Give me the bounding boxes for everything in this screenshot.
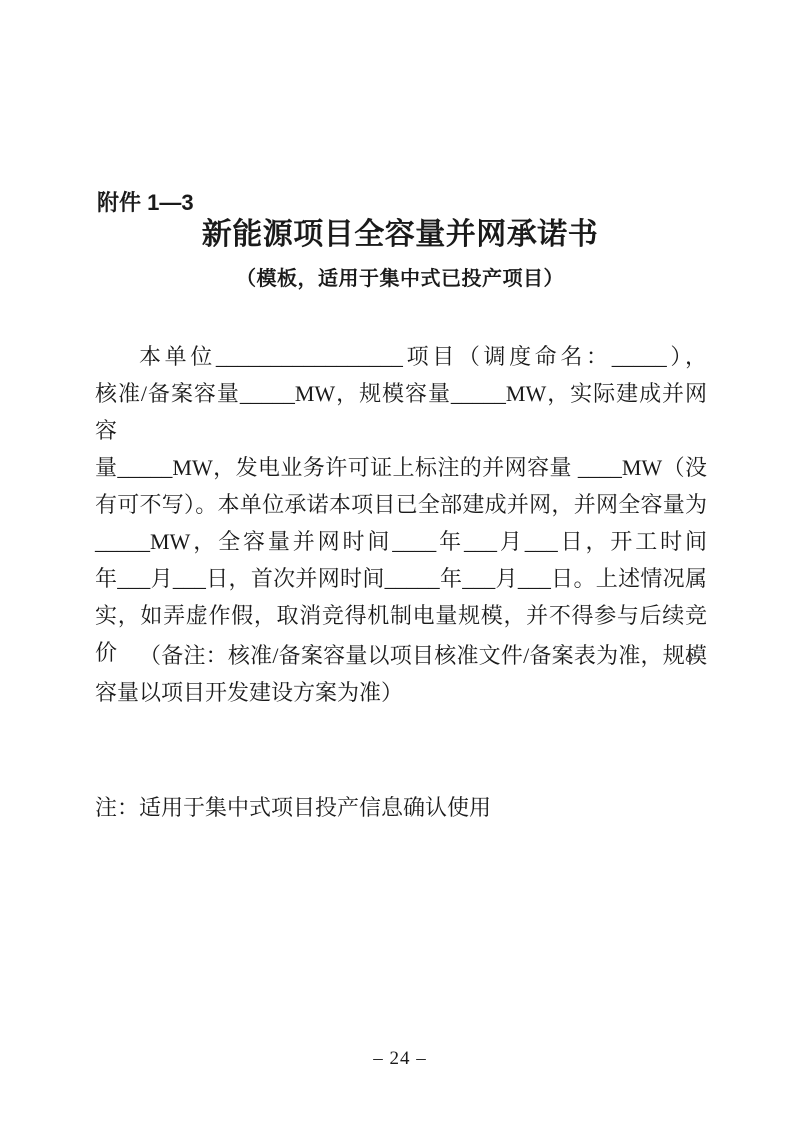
usage-note: 注：适用于集中式项目投产信息确认使用	[95, 789, 707, 826]
document-subtitle: （模板，适用于集中式已投产项目）	[0, 266, 800, 292]
document-page: 附件 1—3 新能源项目全容量并网承诺书 （模板，适用于集中式已投产项目） 本单…	[0, 0, 800, 1131]
commitment-paragraph-line: 本单位_________________项目（调度命名：_____），	[95, 338, 707, 375]
commitment-paragraph-line: 年___月___日，首次并网时间_____年___月___日。上述情况属	[95, 560, 707, 597]
remark-line: （备注：核准/备案容量以项目核准文件/备案表为准，规模	[95, 637, 707, 674]
commitment-paragraph-line: 有可不写）。本单位承诺本项目已全部建成并网，并网全容量为	[95, 486, 707, 523]
attachment-label: 附件 1—3	[97, 190, 194, 216]
commitment-paragraph-line: 核准/备案容量_____MW，规模容量_____MW，实际建成并网容	[95, 375, 707, 449]
document-title: 新能源项目全容量并网承诺书	[0, 217, 800, 253]
commitment-paragraph-line: 量_____MW，发电业务许可证上标注的并网容量 ____MW（没	[95, 449, 707, 486]
commitment-paragraph-line: _____MW，全容量并网时间____年___月___日，开工时间	[95, 523, 707, 560]
page-number: – 24 –	[0, 1047, 800, 1071]
remark-line: 容量以项目开发建设方案为准）	[95, 674, 707, 711]
remark-paragraph: （备注：核准/备案容量以项目核准文件/备案表为准，规模 容量以项目开发建设方案为…	[95, 637, 707, 711]
commitment-paragraph: 本单位_________________项目（调度命名：_____）， 核准/备…	[95, 338, 707, 671]
